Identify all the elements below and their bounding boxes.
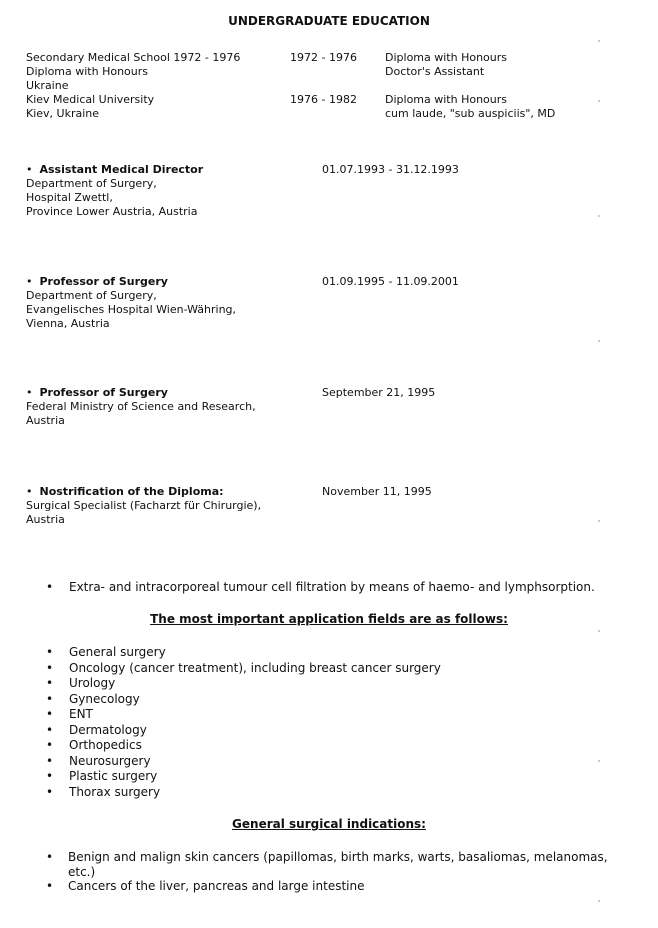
position-4: • Nostrification of the Diploma: Surgica… <box>26 485 261 527</box>
application-field-item: Thorax surgery <box>69 785 160 799</box>
text-line: Department of Surgery, <box>26 289 236 303</box>
text-line: etc.) <box>68 865 608 880</box>
text-line: Diploma with Honours <box>385 51 507 65</box>
position-3: • Professor of Surgery Federal Ministry … <box>26 386 256 428</box>
education-details-2: Diploma with Honours cum laude, "sub aus… <box>385 93 555 121</box>
education-institution-2: Kiev Medical University Kiev, Ukraine <box>26 93 154 121</box>
bullet-icon: • <box>46 645 53 659</box>
application-field-item: Neurosurgery <box>69 754 151 768</box>
application-field-item: Urology <box>69 676 115 690</box>
position-4-date: November 11, 1995 <box>322 485 432 499</box>
bullet-icon: • <box>46 738 53 752</box>
bullet-icon: • <box>26 163 33 176</box>
bullet-icon: • <box>46 850 53 864</box>
text-line: Department of Surgery, <box>26 177 203 191</box>
text-line: Province Lower Austria, Austria <box>26 205 203 219</box>
text-line: Diploma with Honours <box>26 65 240 79</box>
scan-speck <box>598 215 600 217</box>
position-2-date: 01.09.1995 - 11.09.2001 <box>322 275 459 289</box>
education-years-2: 1976 - 1982 <box>290 93 357 107</box>
indications-heading: General surgical indications: <box>0 817 658 831</box>
bullet-icon: • <box>46 785 53 799</box>
scan-speck <box>598 630 600 632</box>
text-line: Hospital Zwettl, <box>26 191 203 205</box>
scan-speck <box>598 100 600 102</box>
education-institution-1: Secondary Medical School 1972 - 1976 Dip… <box>26 51 240 93</box>
scan-speck <box>598 40 600 42</box>
position-2: • Professor of Surgery Department of Sur… <box>26 275 236 331</box>
text-line: Surgical Specialist (Facharzt für Chirur… <box>26 499 261 513</box>
education-years-1: 1972 - 1976 <box>290 51 357 65</box>
position-title: Professor of Surgery <box>40 386 168 399</box>
position-title: Nostrification of the Diploma: <box>40 485 224 498</box>
application-field-item: Oncology (cancer treatment), including b… <box>69 661 441 675</box>
bullet-icon: • <box>46 580 53 594</box>
text-line: Doctor's Assistant <box>385 65 507 79</box>
education-heading: UNDERGRADUATE EDUCATION <box>0 14 658 28</box>
scan-speck <box>598 340 600 342</box>
text-line: Austria <box>26 414 256 428</box>
bullet-icon: • <box>46 723 53 737</box>
application-field-item: ENT <box>69 707 93 721</box>
text-line: Federal Ministry of Science and Research… <box>26 400 256 414</box>
text-line: Kiev, Ukraine <box>26 107 154 121</box>
text-line: Vienna, Austria <box>26 317 236 331</box>
education-details-1: Diploma with Honours Doctor's Assistant <box>385 51 507 79</box>
bullet-icon: • <box>46 754 53 768</box>
application-fields-heading: The most important application fields ar… <box>0 612 658 626</box>
text-line: cum laude, "sub auspiciis", MD <box>385 107 555 121</box>
application-field-item: Plastic surgery <box>69 769 157 783</box>
scan-speck <box>598 760 600 762</box>
position-1: • Assistant Medical Director Department … <box>26 163 203 219</box>
bullet-icon: • <box>46 692 53 706</box>
application-field-item: Orthopedics <box>69 738 142 752</box>
application-field-item: Dermatology <box>69 723 147 737</box>
position-1-date: 01.07.1993 - 31.12.1993 <box>322 163 459 177</box>
scan-speck <box>598 900 600 902</box>
indication-item-2: Cancers of the liver, pancreas and large… <box>68 879 365 893</box>
methods-text: Extra- and intracorporeal tumour cell fi… <box>69 580 595 594</box>
application-field-item: General surgery <box>69 645 166 659</box>
scan-speck <box>598 520 600 522</box>
position-title: Professor of Surgery <box>40 275 168 288</box>
text-line: Evangelisches Hospital Wien-Währing, <box>26 303 236 317</box>
bullet-icon: • <box>26 275 33 288</box>
indication-item-1: Benign and malign skin cancers (papillom… <box>68 850 608 880</box>
bullet-icon: • <box>46 769 53 783</box>
text-line: Diploma with Honours <box>385 93 555 107</box>
bullet-icon: • <box>46 676 53 690</box>
text-line: Austria <box>26 513 261 527</box>
bullet-icon: • <box>26 386 33 399</box>
bullet-icon: • <box>46 707 53 721</box>
text-line: Ukraine <box>26 79 240 93</box>
text-line: Benign and malign skin cancers (papillom… <box>68 850 608 865</box>
bullet-icon: • <box>46 661 53 675</box>
text-line: Kiev Medical University <box>26 93 154 107</box>
text-line: Secondary Medical School 1972 - 1976 <box>26 51 240 65</box>
position-title: Assistant Medical Director <box>40 163 204 176</box>
position-3-date: September 21, 1995 <box>322 386 435 400</box>
bullet-icon: • <box>26 485 33 498</box>
application-field-item: Gynecology <box>69 692 140 706</box>
bullet-icon: • <box>46 879 53 893</box>
